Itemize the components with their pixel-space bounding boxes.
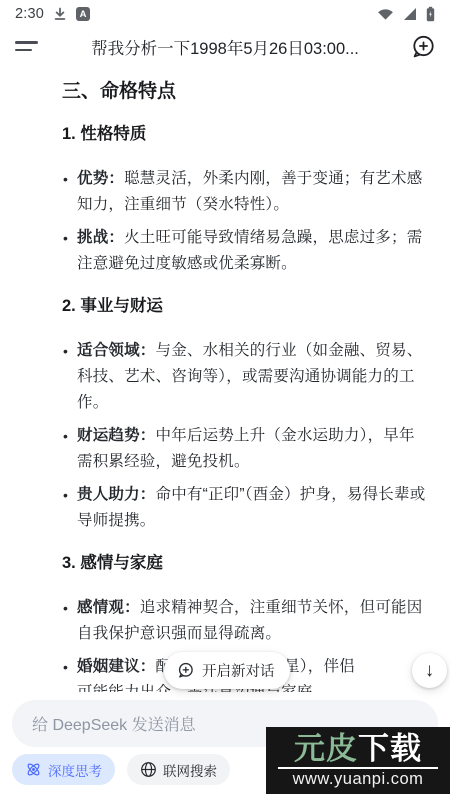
subsection-heading-personality: 1. 性格特质 xyxy=(62,121,428,147)
subsection-heading-career: 2. 事业与财运 xyxy=(62,293,428,319)
deepseek-app-screen: 2:30 A xyxy=(0,0,450,800)
sidebar-menu-button[interactable] xyxy=(15,37,39,57)
watermark-url: www.yuanpi.com xyxy=(293,770,424,789)
watermark-brand-white: 下载 xyxy=(358,731,422,766)
list-item: 适合领域：与金、水相关的行业（如金融、贸易、科技、艺术、咨询等），或需要沟通协调… xyxy=(62,338,428,416)
start-new-chat-label: 开启新对话 xyxy=(202,660,275,681)
atom-icon xyxy=(25,761,42,778)
bullet-text: 聪慧灵活，外柔内刚，善于变通；有艺术感知力，注重细节（癸水特性）。 xyxy=(77,170,422,213)
bullet-label: 贵人助力： xyxy=(77,486,156,503)
watermark-brand: 元皮下载 xyxy=(294,732,422,765)
deep-think-label: 深度思考 xyxy=(48,760,102,780)
list-item: 感情观：追求精神契合，注重细节关怀，但可能因自我保护意识强而显得疏离。 xyxy=(62,595,428,647)
new-chat-header-button[interactable] xyxy=(409,33,437,61)
download-icon xyxy=(53,7,67,21)
deep-think-toggle[interactable]: 深度思考 xyxy=(12,754,115,785)
watermark-divider xyxy=(278,767,438,769)
status-bar: 2:30 A xyxy=(0,0,450,28)
bullet-list-career: 适合领域：与金、水相关的行业（如金融、贸易、科技、艺术、咨询等），或需要沟通协调… xyxy=(62,338,428,534)
auto-badge-icon: A xyxy=(76,7,90,21)
chat-bubble-plus-icon xyxy=(409,33,437,61)
bullet-list-personality: 优势：聪慧灵活，外柔内刚，善于变通；有艺术感知力，注重细节（癸水特性）。 挑战：… xyxy=(62,166,428,277)
cellular-signal-icon xyxy=(403,7,417,21)
list-item: 财运趋势：中年后运势上升（金水运助力），早年需积累经验，避免投机。 xyxy=(62,423,428,475)
message-input-placeholder: 给 DeepSeek 发送消息 xyxy=(32,712,196,735)
menu-bar-top xyxy=(15,41,38,44)
bullet-label: 婚姻建议： xyxy=(77,658,156,675)
composer-toggles: 深度思考 联网搜索 xyxy=(12,754,230,785)
watermark-overlay: 元皮下载 www.yuanpi.com xyxy=(266,727,450,794)
watermark-brand-green: 元皮 xyxy=(294,731,358,766)
section-heading: 三、命格特点 xyxy=(62,78,428,105)
web-search-label: 联网搜索 xyxy=(163,760,217,780)
arrow-down-icon: ↓ xyxy=(425,660,435,682)
subsection-heading-love: 3. 感情与家庭 xyxy=(62,550,428,576)
bullet-label: 财运趋势： xyxy=(77,427,156,444)
list-item: 优势：聪慧灵活，外柔内刚，善于变通；有艺术感知力，注重细节（癸水特性）。 xyxy=(62,166,428,218)
list-item: 贵人助力：命中有“正印”（酉金）护身，易得长辈或导师提携。 xyxy=(62,482,428,534)
web-search-toggle[interactable]: 联网搜索 xyxy=(127,754,230,785)
scroll-to-bottom-button[interactable]: ↓ xyxy=(412,653,447,688)
menu-bar-bottom xyxy=(15,49,32,52)
bullet-label: 挑战： xyxy=(77,229,124,246)
bullet-label: 适合领域： xyxy=(77,342,156,359)
chat-scroll-area[interactable]: 三、命格特点 1. 性格特质 优势：聪慧灵活，外柔内刚，善于变通；有艺术感知力，… xyxy=(0,66,450,692)
battery-charging-icon xyxy=(426,6,435,22)
assistant-message: 三、命格特点 1. 性格特质 优势：聪慧灵活，外柔内刚，善于变通；有艺术感知力，… xyxy=(0,66,450,692)
chat-bubble-plus-icon xyxy=(176,661,195,680)
conversation-title: 帮我分析一下1998年5月26日03:00... xyxy=(0,35,450,59)
bullet-label: 优势： xyxy=(77,170,124,187)
bullet-text: 火土旺可能导致情绪易急躁，思虑过多；需注意避免过度敏感或优柔寡断。 xyxy=(77,229,422,272)
wifi-icon xyxy=(377,7,394,21)
globe-icon xyxy=(140,761,157,778)
start-new-chat-button[interactable]: 开启新对话 xyxy=(164,652,290,689)
clock-time: 2:30 xyxy=(15,6,44,22)
list-item: 挑战：火土旺可能导致情绪易急躁，思虑过多；需注意避免过度敏感或优柔寡断。 xyxy=(62,225,428,277)
app-header: 帮我分析一下1998年5月26日03:00... xyxy=(0,28,450,66)
bullet-label: 感情观： xyxy=(77,599,140,616)
